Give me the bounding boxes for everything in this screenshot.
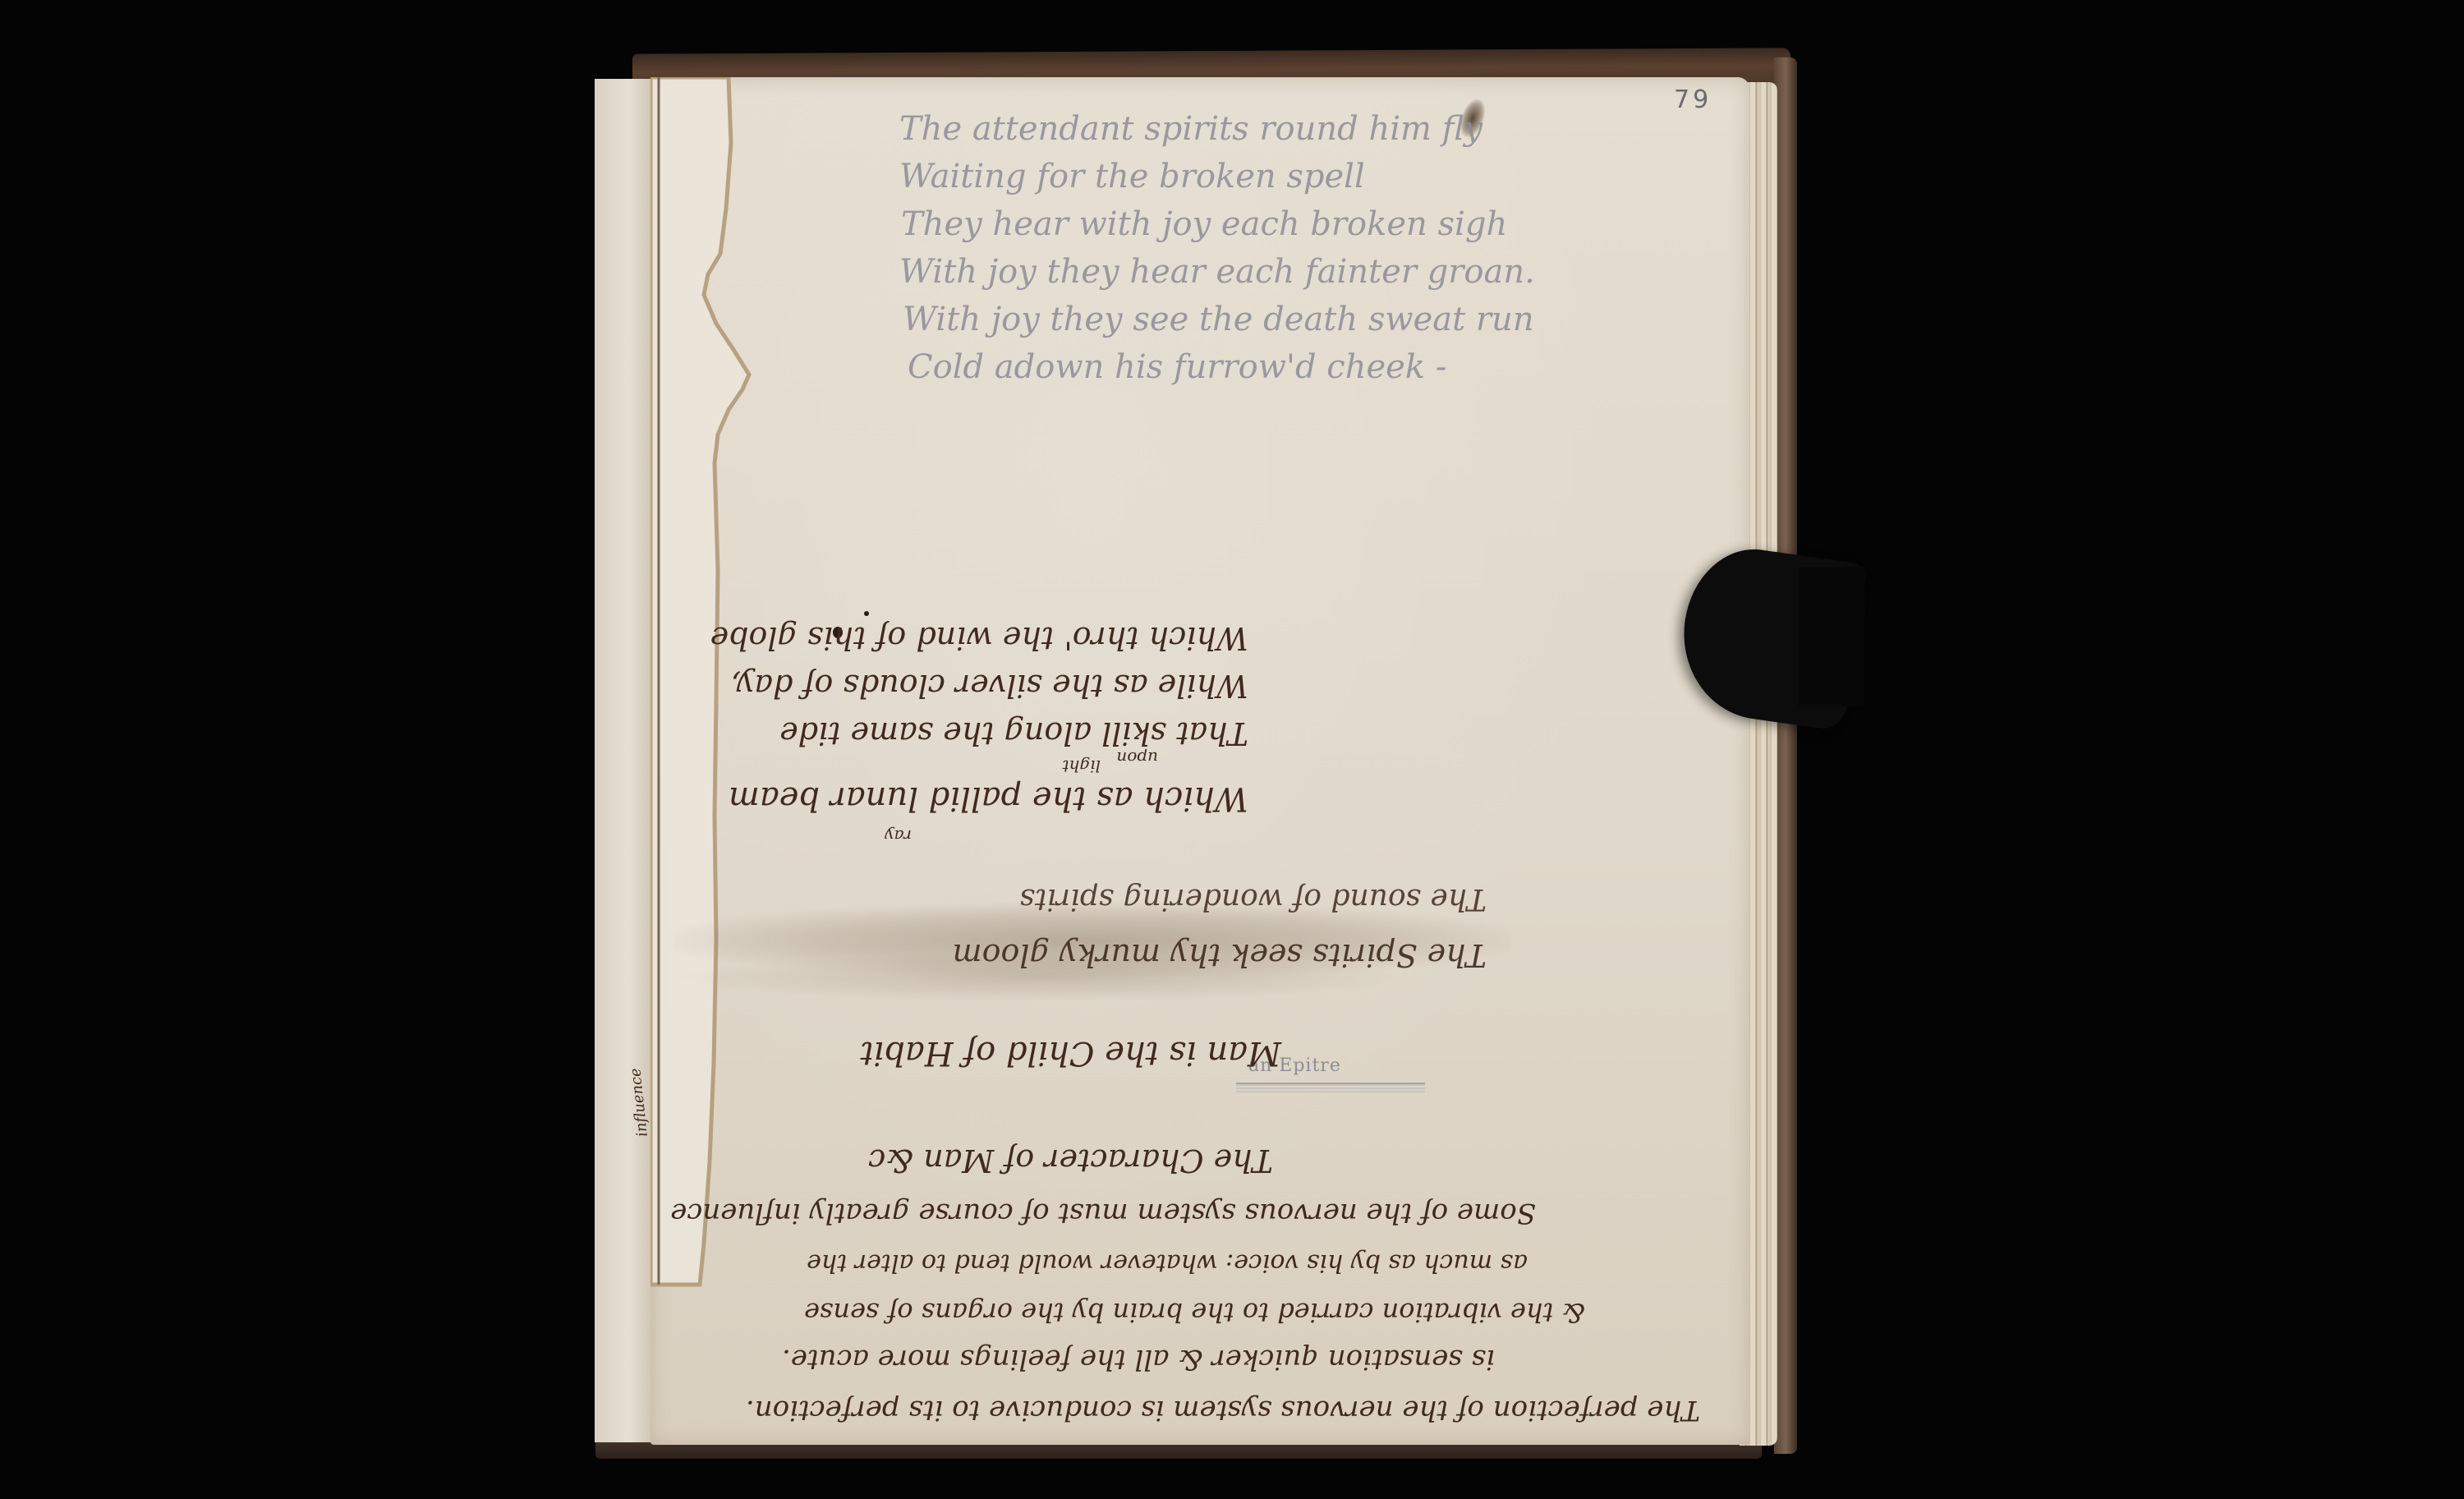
smeared-line: The Spirits seek thy murky gloom xyxy=(953,937,1487,973)
scan-stage: 79 The attendant spirits round him fly W… xyxy=(0,0,2464,1499)
interlinear-word: light xyxy=(1062,756,1101,776)
verse-line: Cold adown his furrow'd cheek - xyxy=(899,343,1721,391)
verse-line: With joy they hear each fainter groan. xyxy=(899,248,1721,296)
pencil-verse: The attendant spirits round him fly Wait… xyxy=(899,105,1721,391)
stanza-line: Which thro' the wind of this globe xyxy=(710,620,1248,656)
prose-line: Some of the nervous system must of cours… xyxy=(670,1197,1536,1230)
verse-line: With joy they see the death sweat run xyxy=(899,296,1721,343)
black-page-clip-body xyxy=(1799,567,1864,706)
ink-blot xyxy=(864,611,869,616)
inverted-ink-notes: The perfection of the nervous system is … xyxy=(641,620,1733,1442)
book-cover-right-edge xyxy=(1774,57,1797,1454)
prose-line: is sensation quicker & all the feelings … xyxy=(782,1343,1495,1376)
stanza-line: That skill along the same tide xyxy=(779,715,1248,752)
stanza-line: Which as the pallid lunar beam xyxy=(729,779,1248,817)
smeared-line: The sound of wondering spirits xyxy=(1019,882,1487,916)
prose-line: The perfection of the nervous system is … xyxy=(746,1394,1700,1427)
interlinear-word: ray xyxy=(885,826,912,846)
prose-line: & the vibration carried to the brain by … xyxy=(804,1297,1585,1328)
verse-line: They hear with joy each broken sigh xyxy=(899,200,1721,248)
verse-line: Waiting for the broken spell xyxy=(899,153,1721,200)
verse-line: The attendant spirits round him fly xyxy=(899,105,1721,153)
title-line: The Character of Man &c xyxy=(868,1143,1273,1179)
stanza-line: While as the silver clouds of day, xyxy=(731,668,1248,704)
heading-line: Man is the Child of Habit xyxy=(860,1034,1281,1072)
prose-line: as much as by his voice: whatever would … xyxy=(807,1248,1528,1277)
